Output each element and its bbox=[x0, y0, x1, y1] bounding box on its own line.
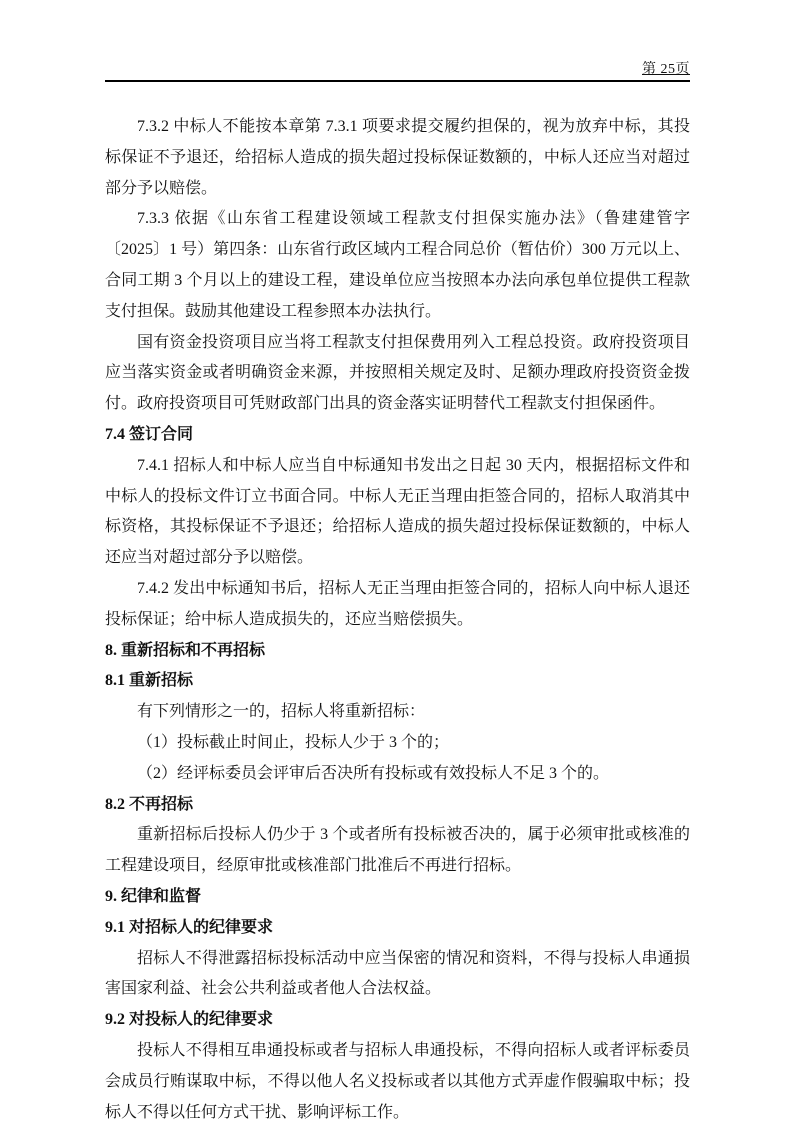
paragraph: 重新招标后投标人仍少于 3 个或者所有投标被否决的，属于必须审批或核准的工程建设… bbox=[105, 820, 690, 882]
section-heading: 8. 重新招标和不再招标 bbox=[105, 636, 690, 667]
paragraph: （1）投标截止时间止，投标人少于 3 个的； bbox=[105, 728, 690, 759]
paragraph: 7.3.2 中标人不能按本章第 7.3.1 项要求提交履约担保的，视为放弃中标，… bbox=[105, 112, 690, 204]
paragraph: 7.3.3 依据《山东省工程建设领域工程款支付担保实施办法》（鲁建建管字〔202… bbox=[105, 204, 690, 327]
section-heading: 8.1 重新招标 bbox=[105, 666, 690, 697]
section-heading: 9.2 对投标人的纪律要求 bbox=[105, 1005, 690, 1036]
paragraph: 投标人不得相互串通投标或者与招标人串通投标，不得向招标人或者评标委员会成员行贿谋… bbox=[105, 1036, 690, 1122]
document-page: 第 25页 7.3.2 中标人不能按本章第 7.3.1 项要求提交履约担保的，视… bbox=[0, 0, 793, 1122]
paragraph: 7.4.1 招标人和中标人应当自中标通知书发出之日起 30 天内，根据招标文件和… bbox=[105, 451, 690, 574]
page-number-label: 第 25页 bbox=[642, 62, 690, 77]
paragraph: 7.4.2 发出中标通知书后，招标人无正当理由拒签合同的，招标人向中标人退还投标… bbox=[105, 574, 690, 636]
paragraph: 国有资金投资项目应当将工程款支付担保费用列入工程总投资。政府投资项目应当落实资金… bbox=[105, 328, 690, 420]
section-heading: 8.2 不再招标 bbox=[105, 790, 690, 821]
paragraph: 有下列情形之一的，招标人将重新招标： bbox=[105, 697, 690, 728]
section-heading: 7.4 签订合同 bbox=[105, 420, 690, 451]
document-body: 7.3.2 中标人不能按本章第 7.3.1 项要求提交履约担保的，视为放弃中标，… bbox=[105, 112, 690, 1122]
section-heading: 9.1 对招标人的纪律要求 bbox=[105, 913, 690, 944]
page-header: 第 25页 bbox=[105, 58, 690, 82]
paragraph: （2）经评标委员会评审后否决所有投标或有效投标人不足 3 个的。 bbox=[105, 759, 690, 790]
paragraph: 招标人不得泄露招标投标活动中应当保密的情况和资料，不得与投标人串通损害国家利益、… bbox=[105, 944, 690, 1006]
section-heading: 9. 纪律和监督 bbox=[105, 882, 690, 913]
